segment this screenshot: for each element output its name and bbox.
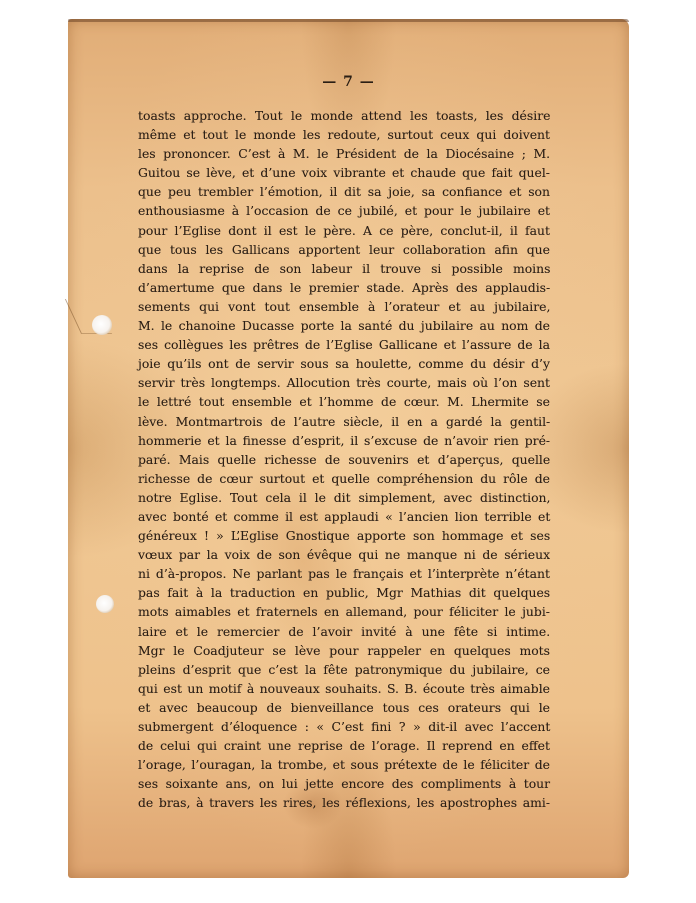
text-line: d’amertume que dans le premier stade. Ap… xyxy=(138,278,550,297)
text-line: généreux ! » L’Eglise Gnostique apporte … xyxy=(138,526,550,545)
text-line: que tous les Gallicans apportent leur co… xyxy=(138,240,550,259)
scanned-page: — 7 — toasts approche. Tout le monde att… xyxy=(68,19,629,878)
text-line: ses collègues les prêtres de l’Eglise Ga… xyxy=(138,335,550,354)
text-line: hommerie et la finesse d’esprit, il s’ex… xyxy=(138,431,550,450)
text-line: pour l’Eglise dont il est le père. A ce … xyxy=(138,221,550,240)
text-line: le lettré tout ensemble et l’homme de cœ… xyxy=(138,392,550,411)
text-line: M. le chanoine Ducasse porte la santé du… xyxy=(138,316,550,335)
text-line: Mgr le Coadjuteur se lève pour rappeler … xyxy=(138,641,550,660)
text-line: lève. Montmartrois de l’autre siècle, il… xyxy=(138,412,550,431)
text-line: l’orage, l’ouragan, la trombe, et sous p… xyxy=(138,755,550,774)
text-line: les prononcer. C’est à M. le Président d… xyxy=(138,144,550,163)
text-line: joie qu’ils ont de servir sous sa houlet… xyxy=(138,354,550,373)
text-line: de celui qui craint une reprise de l’ora… xyxy=(138,736,550,755)
text-line: même et tout le monde les redoute, surto… xyxy=(138,125,550,144)
text-line: servir très longtemps. Allocution très c… xyxy=(138,373,550,392)
page-number: — 7 — xyxy=(68,74,629,90)
text-line: dans la reprise de son labeur il trouve … xyxy=(138,259,550,278)
text-line: paré. Mais quelle richesse de souvenirs … xyxy=(138,450,550,469)
text-line: pas fait à la traduction en public, Mgr … xyxy=(138,583,550,602)
binding-hole xyxy=(92,315,112,335)
binding-hole xyxy=(96,595,114,613)
text-line: et avec beaucoup de bienveillance tous c… xyxy=(138,698,550,717)
body-text: toasts approche. Tout le monde attend le… xyxy=(138,106,550,812)
text-line: qui est un motif à nouveaux souhaits. S.… xyxy=(138,679,550,698)
text-line: notre Eglise. Tout cela il le dit simple… xyxy=(138,488,550,507)
text-line: submergent d’éloquence : « C’est fini ? … xyxy=(138,717,550,736)
text-line: avec bonté et comme il est applaudi « l’… xyxy=(138,507,550,526)
text-line: ses soixante ans, on lui jette encore de… xyxy=(138,774,550,793)
text-line: richesse de cœur surtout et quelle compr… xyxy=(138,469,550,488)
text-line: sements qui vont tout ensemble à l’orate… xyxy=(138,297,550,316)
text-line: que peu trembler l’émotion, il dit sa jo… xyxy=(138,182,550,201)
text-line: ni d’à-propos. Ne parlant pas le françai… xyxy=(138,564,550,583)
text-line: vœux par la voix de son évêque qui ne ma… xyxy=(138,545,550,564)
text-line: de bras, à travers les rires, les réflex… xyxy=(138,793,550,812)
text-line: pleins d’esprit que c’est la fête patron… xyxy=(138,660,550,679)
text-line: mots aimables et fraternels en allemand,… xyxy=(138,602,550,621)
text-line: toasts approche. Tout le monde attend le… xyxy=(138,106,550,125)
text-line: enthousiasme à l’occasion de ce jubilé, … xyxy=(138,201,550,220)
text-line: Guitou se lève, et d’une voix vibrante e… xyxy=(138,163,550,182)
text-line: laire et le remercier de l’avoir invité … xyxy=(138,622,550,641)
